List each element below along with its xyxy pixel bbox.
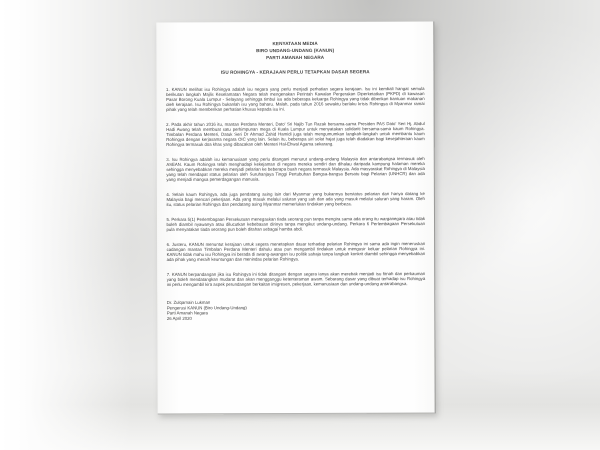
photo-background: KENYATAAN MEDIA BIRO UNDANG-UNDANG (KANU… <box>0 0 600 450</box>
paragraph-4: 4. Selain kaum Rohingya, ada juga pendat… <box>166 191 425 207</box>
paragraph-3: 3. Isu Rohingya adalah isu kemanusiaan y… <box>166 156 425 182</box>
statement-subject: ISU ROHINGYA - KERAJAAN PERLU TETAPKAN D… <box>166 68 425 76</box>
media-statement-header: KENYATAAN MEDIA BIRO UNDANG-UNDANG (KANU… <box>166 40 425 62</box>
signature-date: 26 April 2020 <box>167 315 426 321</box>
paragraph-6: 6. Justeru, KANUN menuntut kerajaan untu… <box>167 241 426 262</box>
document-page: KENYATAAN MEDIA BIRO UNDANG-UNDANG (KANU… <box>156 22 435 415</box>
signature-block: Dr. Zulqarnain Lukman Pengerusi KANUN (B… <box>167 299 426 321</box>
paragraph-1: 1. KANUN melihat isu Rohingya adalah isu… <box>166 86 425 112</box>
document-content: KENYATAAN MEDIA BIRO UNDANG-UNDANG (KANU… <box>156 22 434 321</box>
paragraph-2: 2. Pada akhir tahun 2016 itu, mantan Per… <box>166 121 425 147</box>
paragraph-5: 5. Perkara 5(1) Perlembagaan Persekutuan… <box>166 216 425 232</box>
paragraph-7: 7. KANUN berpandangan jika isu Rohingya … <box>167 271 426 287</box>
header-line-3: PARTI AMANAH NEGARA <box>166 54 425 62</box>
